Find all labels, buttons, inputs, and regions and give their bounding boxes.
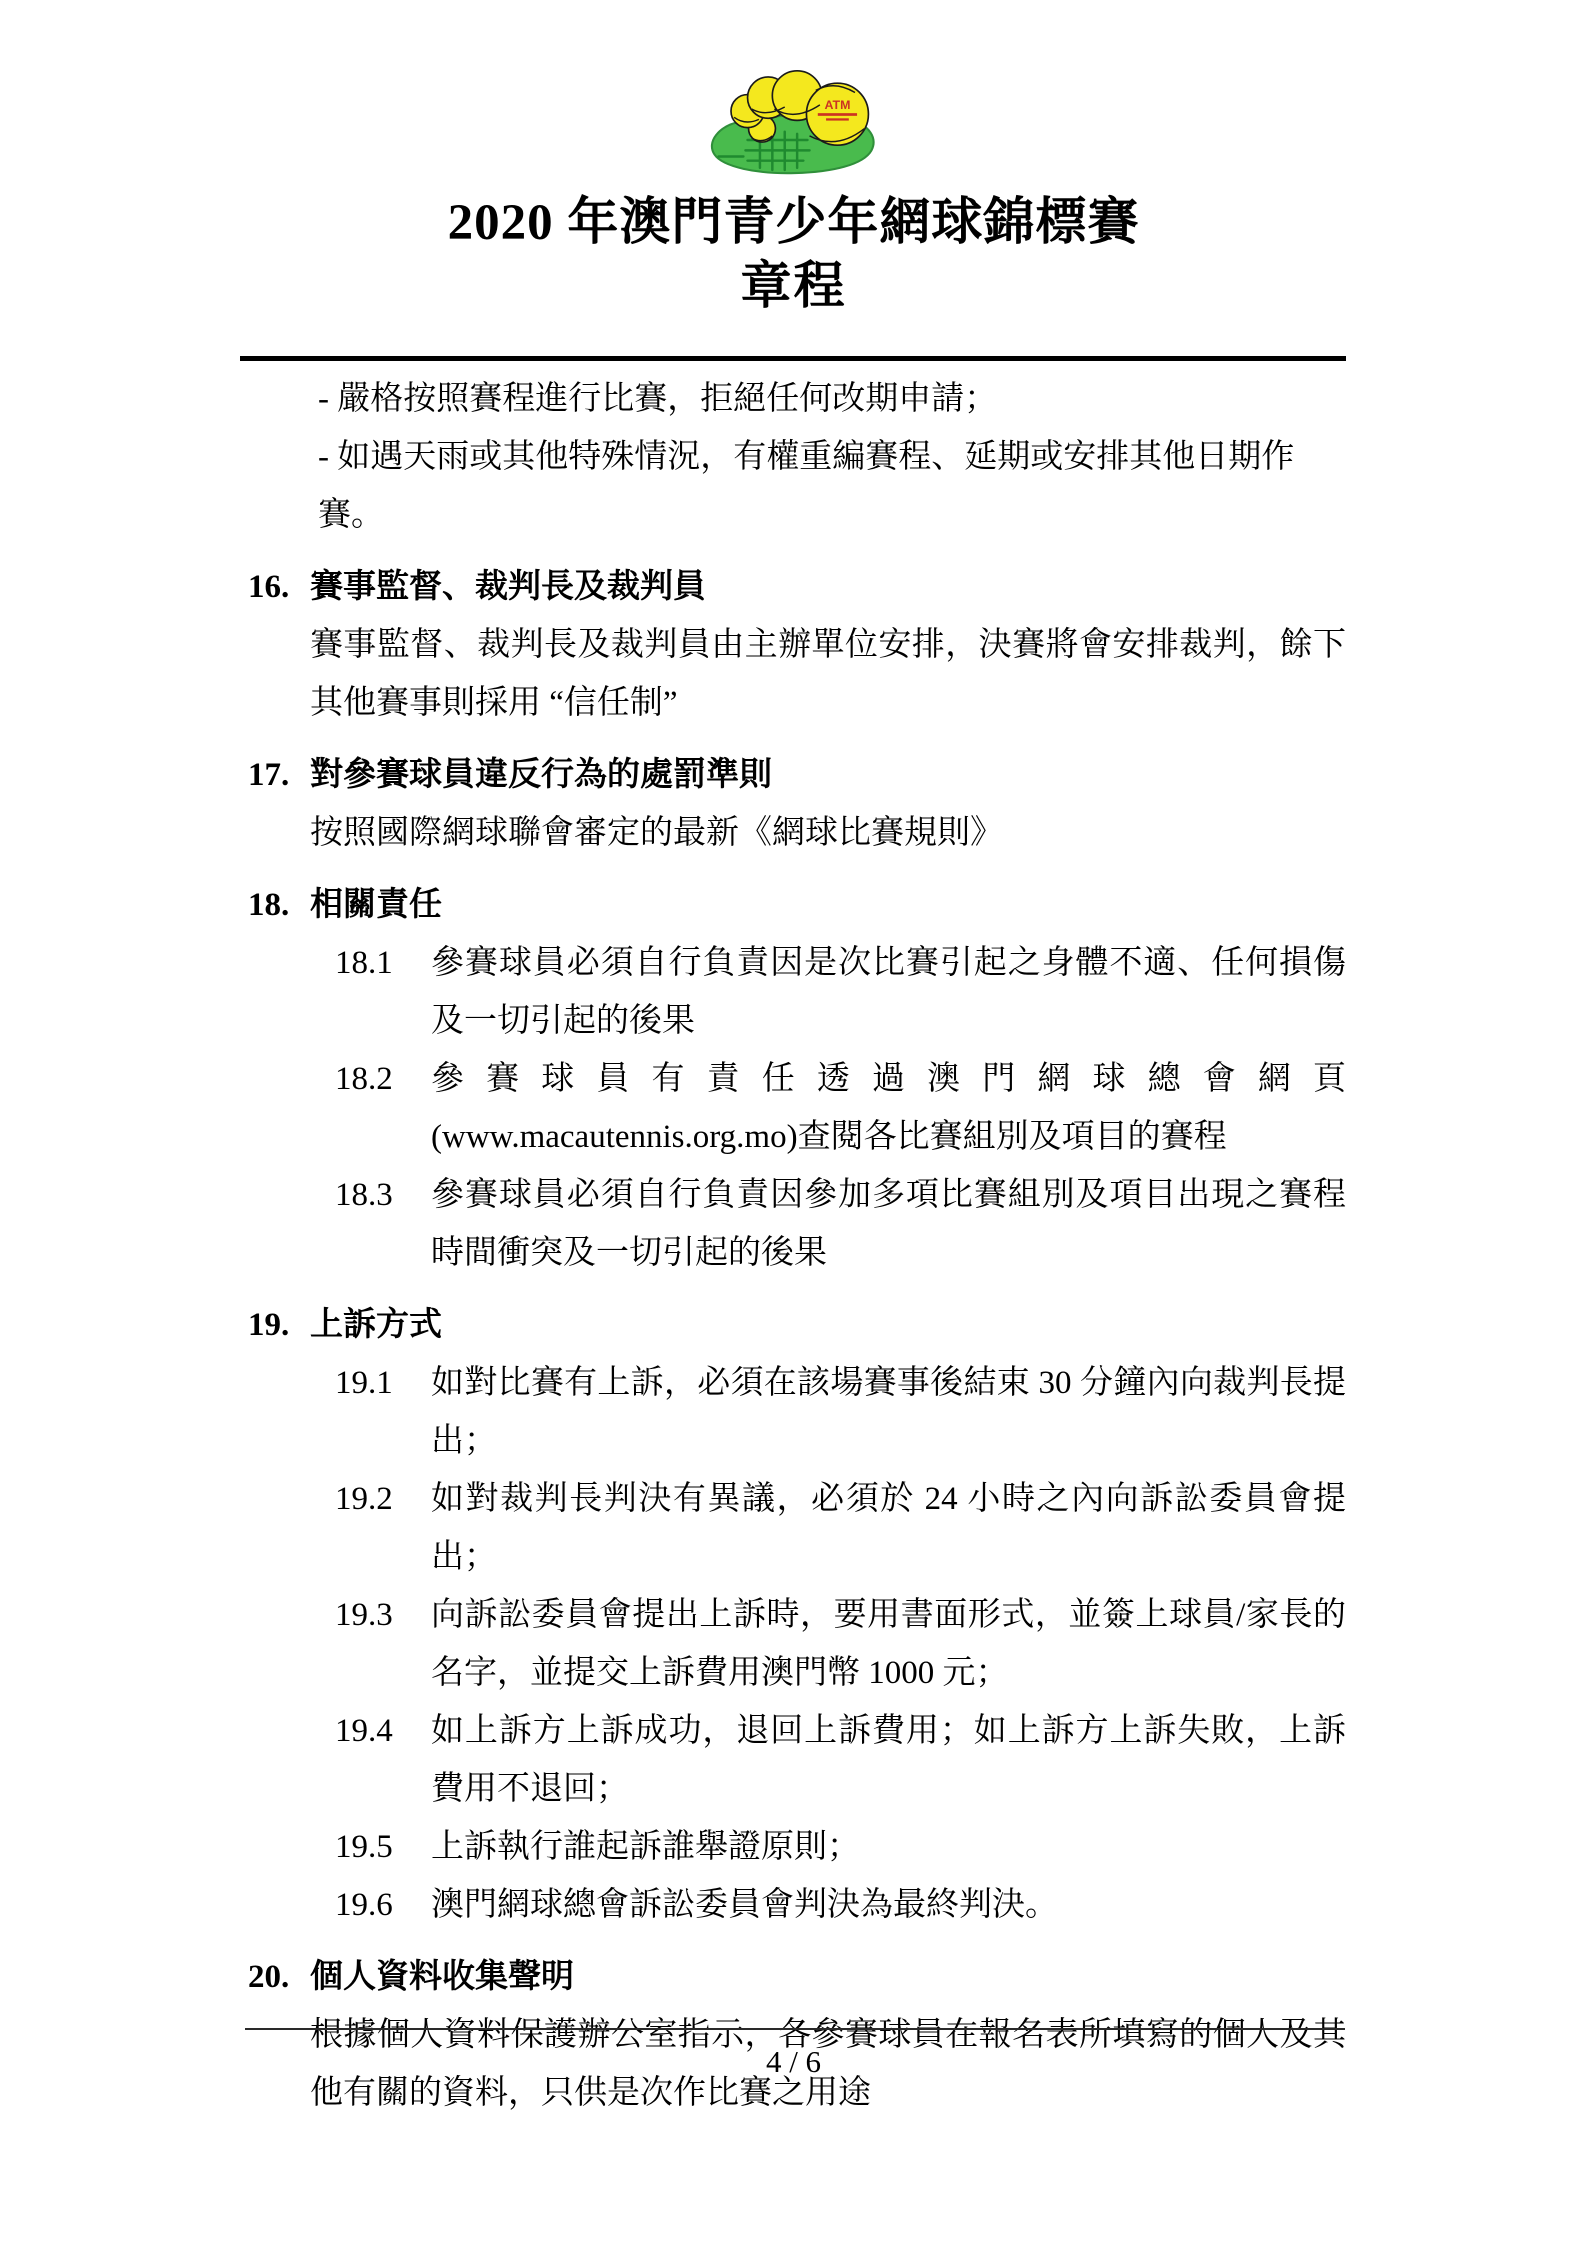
section: 18.相關責任18.1參賽球員必須自行負責因是次比賽引起之身體不適、任何損傷及一… <box>248 876 1346 1282</box>
atm-tennis-logo-icon: ATM <box>700 68 886 180</box>
document-body: - 嚴格按照賽程進行比賽，拒絕任何改期申請；- 如遇天雨或其他特殊情況，有權重編… <box>248 370 1346 2122</box>
section-heading: 18.相關責任 <box>248 876 1346 934</box>
subitem: 19.1如對比賽有上訴，必須在該場賽事後結束 30 分鐘內向裁判長提出； <box>335 1354 1346 1470</box>
section: 16.賽事監督、裁判長及裁判員賽事監督、裁判長及裁判員由主辦單位安排，決賽將會安… <box>248 558 1346 732</box>
subitem-text: 向訴訟委員會提出上訴時，要用書面形式，並簽上球員/家長的名字，並提交上訴費用澳門… <box>431 1586 1346 1702</box>
svg-text:ATM: ATM <box>824 98 850 112</box>
subitem: 19.6澳門網球總會訴訟委員會判決為最終判決。 <box>335 1876 1346 1934</box>
section-number: 20. <box>248 1948 310 2006</box>
subitem: 19.2如對裁判長判決有異議，必須於 24 小時之內向訴訟委員會提出； <box>335 1470 1346 1586</box>
subitem-text: 參賽球員必須自行負責因參加多項比賽組別及項目出現之賽程時間衝突及一切引起的後果 <box>431 1166 1346 1282</box>
section-title: 對參賽球員違反行為的處罰準則 <box>310 746 772 804</box>
subitem: 18.1參賽球員必須自行負責因是次比賽引起之身體不適、任何損傷及一切引起的後果 <box>335 934 1346 1050</box>
section-heading: 16.賽事監督、裁判長及裁判員 <box>248 558 1346 616</box>
section-heading: 17.對參賽球員違反行為的處罰準則 <box>248 746 1346 804</box>
subitem: 19.5上訴執行誰起訴誰舉證原則； <box>335 1818 1346 1876</box>
section-heading: 20.個人資料收集聲明 <box>248 1948 1346 2006</box>
section-number: 17. <box>248 746 310 804</box>
subitem-text: 參賽球員必須自行負責因是次比賽引起之身體不適、任何損傷及一切引起的後果 <box>431 934 1346 1050</box>
title-divider <box>240 356 1346 361</box>
subitem-text: 上訴執行誰起訴誰舉證原則； <box>431 1818 1346 1876</box>
section: 17.對參賽球員違反行為的處罰準則按照國際網球聯會審定的最新《網球比賽規則》 <box>248 746 1346 862</box>
subitem-number: 19.1 <box>335 1354 431 1470</box>
subitem-number: 18.3 <box>335 1166 431 1282</box>
section-title: 相關責任 <box>310 876 442 934</box>
section-paragraph: 賽事監督、裁判長及裁判員由主辦單位安排，決賽將會安排裁判，餘下其他賽事則採用 “… <box>310 616 1346 732</box>
subitem-text: 如對裁判長判決有異議，必須於 24 小時之內向訴訟委員會提出； <box>431 1470 1346 1586</box>
section-title: 賽事監督、裁判長及裁判員 <box>310 558 706 616</box>
section-number: 19. <box>248 1296 310 1354</box>
document-page: ATM 2020 年澳門青少年網球錦標賽 章程 - 嚴格按照賽程進行比賽，拒絕任… <box>0 0 1587 2245</box>
subitem-text: 參賽球員有責任透過澳門網球總會網頁(www.macautennis.org.mo… <box>431 1050 1346 1166</box>
section-heading: 19.上訴方式 <box>248 1296 1346 1354</box>
intro-bullet: - 嚴格按照賽程進行比賽，拒絕任何改期申請； <box>318 370 1346 428</box>
section-paragraph: 按照國際網球聯會審定的最新《網球比賽規則》 <box>310 804 1346 862</box>
intro-bullet: - 如遇天雨或其他特殊情況，有權重編賽程、延期或安排其他日期作賽。 <box>318 428 1346 544</box>
section-number: 16. <box>248 558 310 616</box>
document-title: 2020 年澳門青少年網球錦標賽 <box>0 192 1587 254</box>
subitem-text: 澳門網球總會訴訟委員會判決為最終判決。 <box>431 1876 1346 1934</box>
subitem-number: 19.4 <box>335 1702 431 1818</box>
section-title: 上訴方式 <box>310 1296 442 1354</box>
section: 20.個人資料收集聲明根據個人資料保護辦公室指示，各參賽球員在報名表所填寫的個人… <box>248 1948 1346 2122</box>
subitem-number: 19.6 <box>335 1876 431 1934</box>
subitem: 18.3參賽球員必須自行負責因參加多項比賽組別及項目出現之賽程時間衝突及一切引起… <box>335 1166 1346 1282</box>
subitem: 18.2參賽球員有責任透過澳門網球總會網頁(www.macautennis.or… <box>335 1050 1346 1166</box>
footer-divider <box>245 2028 1345 2030</box>
subitem-number: 18.1 <box>335 934 431 1050</box>
subitem-number: 19.2 <box>335 1470 431 1586</box>
section-title: 個人資料收集聲明 <box>310 1948 574 2006</box>
subitem-text: 如對比賽有上訴，必須在該場賽事後結束 30 分鐘內向裁判長提出； <box>431 1354 1346 1470</box>
section-number: 18. <box>248 876 310 934</box>
subitem: 19.3向訴訟委員會提出上訴時，要用書面形式，並簽上球員/家長的名字，並提交上訴… <box>335 1586 1346 1702</box>
subitem-number: 18.2 <box>335 1050 431 1166</box>
subitem: 19.4如上訴方上訴成功，退回上訴費用；如上訴方上訴失敗，上訴費用不退回； <box>335 1702 1346 1818</box>
section: 19.上訴方式19.1如對比賽有上訴，必須在該場賽事後結束 30 分鐘內向裁判長… <box>248 1296 1346 1934</box>
subitem-number: 19.5 <box>335 1818 431 1876</box>
page-number: 4 / 6 <box>0 2042 1587 2082</box>
subitem-number: 19.3 <box>335 1586 431 1702</box>
sections: 16.賽事監督、裁判長及裁判員賽事監督、裁判長及裁判員由主辦單位安排，決賽將會安… <box>248 558 1346 2122</box>
document-subtitle: 章程 <box>0 256 1587 318</box>
subitem-text: 如上訴方上訴成功，退回上訴費用；如上訴方上訴失敗，上訴費用不退回； <box>431 1702 1346 1818</box>
intro-bullets: - 嚴格按照賽程進行比賽，拒絕任何改期申請；- 如遇天雨或其他特殊情況，有權重編… <box>248 370 1346 544</box>
